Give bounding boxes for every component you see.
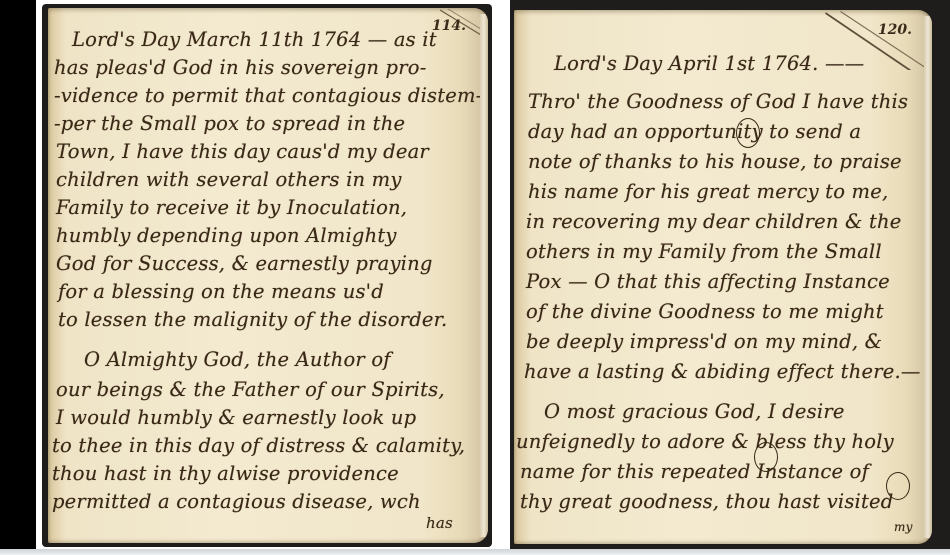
manuscript-line: for a blessing on the means us'd [58,280,384,303]
manuscript-line: thou hast in thy alwise providence [52,462,399,485]
manuscript-line: be deeply impress'd on my mind, & [526,330,882,353]
manuscript-line: day had an opportunity to send a [528,120,861,143]
left-page-text: Lord's Day March 11th 1764 — as it has p… [48,8,488,543]
page-edge [924,16,932,538]
manuscript-line: children with several others in my [56,168,402,191]
manuscript-line: Thro' the Goodness of God I have this [528,90,908,113]
manuscript-viewer: 114. Lord's Day March 11th 1764 — as it … [0,0,950,555]
manuscript-line: others in my Family from the Small [526,240,882,263]
bottom-border [0,549,950,555]
manuscript-line: humbly depending upon Almighty [56,224,397,247]
manuscript-line: thy great goodness, thou hast visited [520,490,893,513]
manuscript-line: -vidence to permit that contagious diste… [54,84,483,107]
manuscript-line: note of thanks to his house, to praise [528,150,902,173]
left-manuscript-page: 114. Lord's Day March 11th 1764 — as it … [48,8,488,543]
right-page-text: Lord's Day April 1st 1764. —— Thro' the … [514,10,932,544]
manuscript-line: unfeignedly to adore & bless thy holy [516,430,894,453]
manuscript-line: to lessen the malignity of the disorder. [58,308,447,331]
manuscript-line: of the divine Goodness to me might [526,300,884,323]
manuscript-line: O most gracious God, I desire [544,400,845,423]
manuscript-line: his name for his great mercy to me, [528,180,888,203]
right-image-panel: 120. Lord's Day April 1st 1764. —— Thro'… [510,0,950,549]
manuscript-line: permitted a contagious disease, wch [52,490,421,513]
manuscript-line: Lord's Day April 1st 1764. —— [554,52,864,75]
right-manuscript-page: 120. Lord's Day April 1st 1764. —— Thro'… [514,10,932,544]
page-edge [480,14,488,537]
manuscript-line: God for Success, & earnestly praying [56,252,433,275]
manuscript-line: -per the Small pox to spread in the [54,112,405,135]
manuscript-line: I would humbly & earnestly look up [56,406,416,429]
manuscript-catchword: has [426,514,453,532]
manuscript-line: Pox — O that this affecting Instance [526,270,890,293]
manuscript-line: to thee in this day of distress & calami… [52,434,465,457]
manuscript-line: O Almighty God, the Author of [84,348,391,371]
manuscript-line: our beings & the Father of our Spirits, [56,378,445,401]
manuscript-line: Town, I have this day caus'd my dear [56,140,429,163]
manuscript-line: Lord's Day March 11th 1764 — as it [72,28,437,51]
manuscript-line: have a lasting & abiding effect there.— [524,360,921,383]
manuscript-catchword: my [894,520,913,534]
left-image-panel: 114. Lord's Day March 11th 1764 — as it … [0,0,500,549]
manuscript-line: name for this repeated Instance of [520,460,869,483]
manuscript-line: Family to receive it by Inoculation, [56,196,407,219]
manuscript-line: in recovering my dear children & the [526,210,902,233]
manuscript-line: has pleas'd God in his sovereign pro- [54,56,427,79]
